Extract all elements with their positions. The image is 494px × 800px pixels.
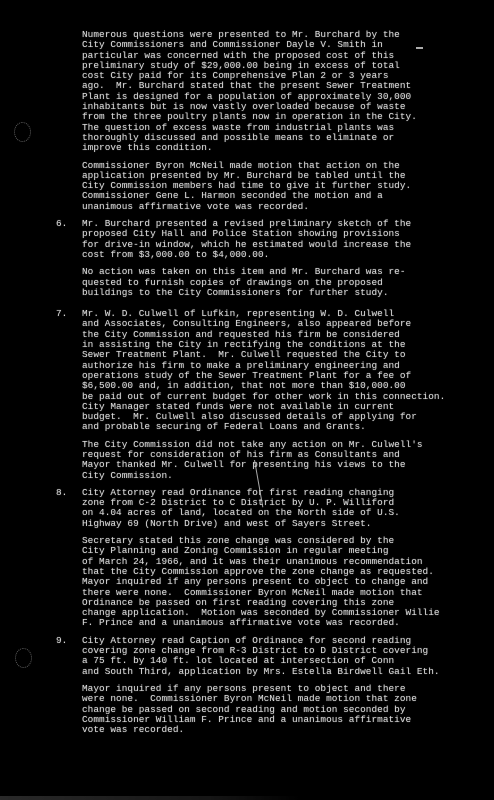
paragraph-motion-tabled: Commissioner Byron McNeil made motion th… xyxy=(56,161,456,212)
paragraph-text: Mr. W. D. Culwell of Lufkin, representin… xyxy=(82,309,456,433)
item-number: 8. xyxy=(56,488,80,498)
paragraph-secretary-zone-change: Secretary stated this zone change was co… xyxy=(56,536,456,629)
paragraph-item-8: 8. City Attorney read Ordinance for firs… xyxy=(56,488,456,529)
paragraph-text: City Attorney read Caption of Ordinance … xyxy=(82,636,456,677)
item-number: 6. xyxy=(56,219,80,229)
paragraph-no-action: No action was taken on this item and Mr.… xyxy=(56,267,456,298)
paragraph-text: Secretary stated this zone change was co… xyxy=(82,536,456,629)
paragraph-no-action-culwell: The City Commission did not take any act… xyxy=(56,440,456,481)
paragraph-text: City Attorney read Ordinance for first r… xyxy=(82,488,456,529)
item-number: 7. xyxy=(56,309,80,319)
item-number: 9. xyxy=(56,636,80,646)
paragraph-second-reading-vote: Mayor inquired if any persons present to… xyxy=(56,684,456,735)
scanned-minutes-page: Numerous questions were presented to Mr.… xyxy=(0,0,494,800)
paragraph-text: Mayor inquired if any persons present to… xyxy=(82,684,456,735)
hole-punch-mark-bottom xyxy=(15,648,32,668)
paragraph-text: Commissioner Byron McNeil made motion th… xyxy=(82,161,456,212)
hole-punch-mark-top xyxy=(14,122,31,142)
paragraph-text: Mr. Burchard presented a revised prelimi… xyxy=(82,219,456,260)
paragraph-item-6: 6. Mr. Burchard presented a revised prel… xyxy=(56,219,456,260)
paragraph-text: Numerous questions were presented to Mr.… xyxy=(82,30,456,154)
paragraph-item5-continuation: Numerous questions were presented to Mr.… xyxy=(56,30,456,154)
page-bottom-edge-artifact xyxy=(0,796,300,800)
paragraph-item-7: 7. Mr. W. D. Culwell of Lufkin, represen… xyxy=(56,309,456,433)
paragraph-text: No action was taken on this item and Mr.… xyxy=(82,267,456,298)
minutes-text-column: Numerous questions were presented to Mr.… xyxy=(56,30,456,742)
paragraph-item-9: 9. City Attorney read Caption of Ordinan… xyxy=(56,636,456,677)
paragraph-text: The City Commission did not take any act… xyxy=(82,440,456,481)
